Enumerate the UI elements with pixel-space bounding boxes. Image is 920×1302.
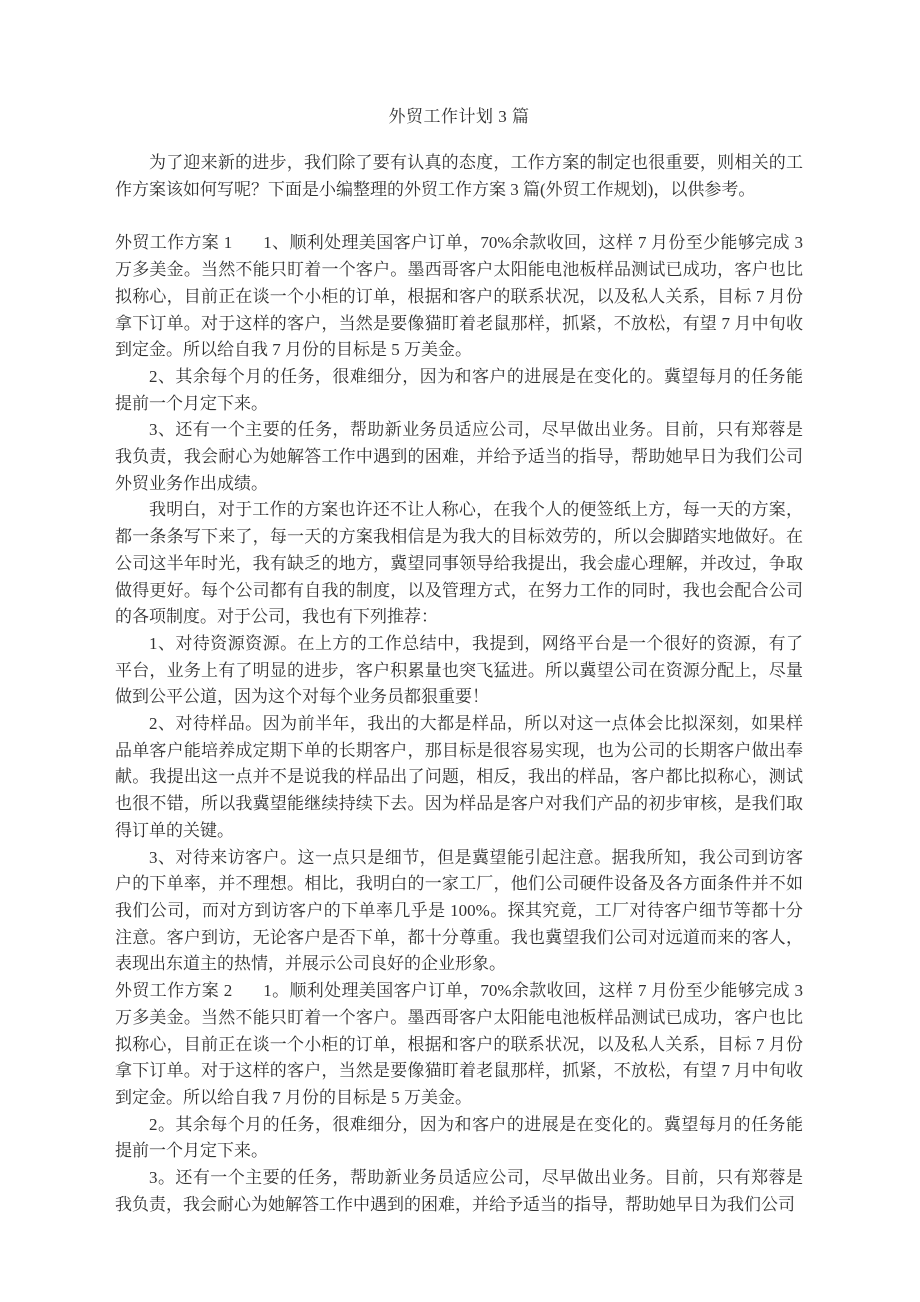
plan2-item3-paragraph: 3。还有一个主要的任务，帮助新业务员适应公司，尽早做出业务。目前，只有郑蓉是我负… — [115, 1165, 803, 1218]
document-title: 外贸工作计划 3 篇 — [115, 103, 803, 130]
intro-paragraph: 为了迎来新的进步，我们除了要有认真的态度，工作方案的制定也很重要，则相关的工作方… — [115, 150, 803, 203]
plan2-opening-paragraph: 外贸工作方案 21。顺利处理美国客户订单，70%余款收回，这样 7 月份至少能够… — [115, 978, 803, 1112]
plan1-section-heading: 外贸工作方案 1 — [115, 233, 232, 252]
document-body: 外贸工作计划 3 篇 为了迎来新的进步，我们除了要有认真的态度，工作方案的制定也… — [115, 103, 803, 1218]
plan1-suggestion1-paragraph: 1、对待资源资源。在上方的工作总结中，我提到，网络平台是一个很好的资源，有了平台… — [115, 631, 803, 711]
plan1-suggestion3-paragraph: 3、对待来访客户。这一点只是细节，但是冀望能引起注意。据我所知，我公司到访客户的… — [115, 845, 803, 979]
blank-line-separator — [115, 203, 803, 230]
plan1-item3-paragraph: 3、还有一个主要的任务，帮助新业务员适应公司，尽早做出业务。目前，只有郑蓉是我负… — [115, 417, 803, 497]
plan2-section-heading: 外贸工作方案 2 — [115, 981, 232, 1000]
plan1-item1-text: 1、顺利处理美国客户订单，70%余款收回，这样 7 月份至少能够完成 3 万多美… — [115, 233, 803, 359]
plan2-item2-paragraph: 2。其余每个月的任务，很难细分，因为和客户的进展是在变化的。冀望每月的任务能提前… — [115, 1112, 803, 1165]
plan1-suggestion2-paragraph: 2、对待样品。因为前半年，我出的大都是样品，所以对这一点体会比拟深刻，如果样品单… — [115, 711, 803, 845]
document-page: 外贸工作计划 3 篇 为了迎来新的进步，我们除了要有认真的态度，工作方案的制定也… — [0, 0, 920, 1302]
plan1-reflection-paragraph: 我明白，对于工作的方案也许还不让人称心，在我个人的便签纸上方，每一天的方案，都一… — [115, 497, 803, 631]
plan1-opening-paragraph: 外贸工作方案 11、顺利处理美国客户订单，70%余款收回，这样 7 月份至少能够… — [115, 230, 803, 364]
plan1-item2-paragraph: 2、其余每个月的任务，很难细分，因为和客户的进展是在变化的。冀望每月的任务能提前… — [115, 364, 803, 417]
